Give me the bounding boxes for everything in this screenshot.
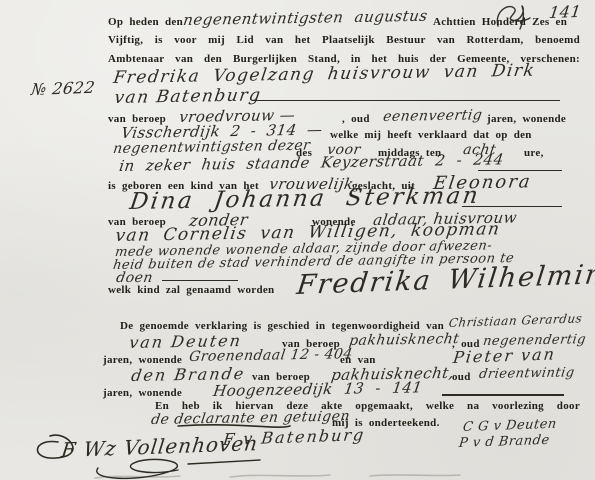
printed-verklaard: welke mij heeft verklaard dat op den [330,129,532,141]
printed-jaren-wonende-2: jaren, wonende [103,354,182,366]
printed-welk-kind: welk kind zal genaamd worden [108,284,274,296]
printed-oud-1: , oud [342,113,370,125]
handwritten-address2: Groenendaal 12 - 404 [188,346,354,365]
birth-certificate-scan: 141 Op heden den negenentwintigsten augu… [0,0,595,480]
handwritten-declarant-name2: van Batenburg [113,85,263,108]
printed-achttien-honderd: Achttien Honderd Zes en [433,16,567,28]
handwritten-age3: drieentwintig [478,365,576,382]
printed-verklaring: De genoemde verklaring is geschied in te… [120,320,444,332]
cutoff-next-line-marks [0,470,595,480]
filler-line [162,280,238,281]
handwritten-date-month: negenentwintigsten augustus [182,7,429,29]
printed-oud-3: oud [452,371,471,383]
printed-line2: Vijftig, is voor mij Lid van het Plaatse… [108,35,580,46]
printed-jaren-wonende-1: jaren, wonende [487,113,566,125]
filler-line [462,206,562,207]
printed-ure: ure, [524,147,544,159]
filler-line [252,100,560,101]
filler-line [442,394,564,396]
printed-jaren-wonende-3: jaren, wonende [103,387,182,399]
handwritten-address3: Hoogenzeedijk 13 - 141 [212,378,424,400]
handwritten-age1: eenenveertig [382,107,483,125]
printed-op-heden: Op heden den [108,16,183,28]
handwritten-witness1-name1: Christiaan Gerardus [448,311,583,330]
handwritten-witness2-name1: Pieter van [452,344,557,367]
signature-witness2: P v d Brande [458,433,551,451]
handwritten-occupation3: pakhuisknecht [348,331,461,349]
act-number: № 2622 [30,78,96,99]
printed-en-van: en van [340,354,376,366]
